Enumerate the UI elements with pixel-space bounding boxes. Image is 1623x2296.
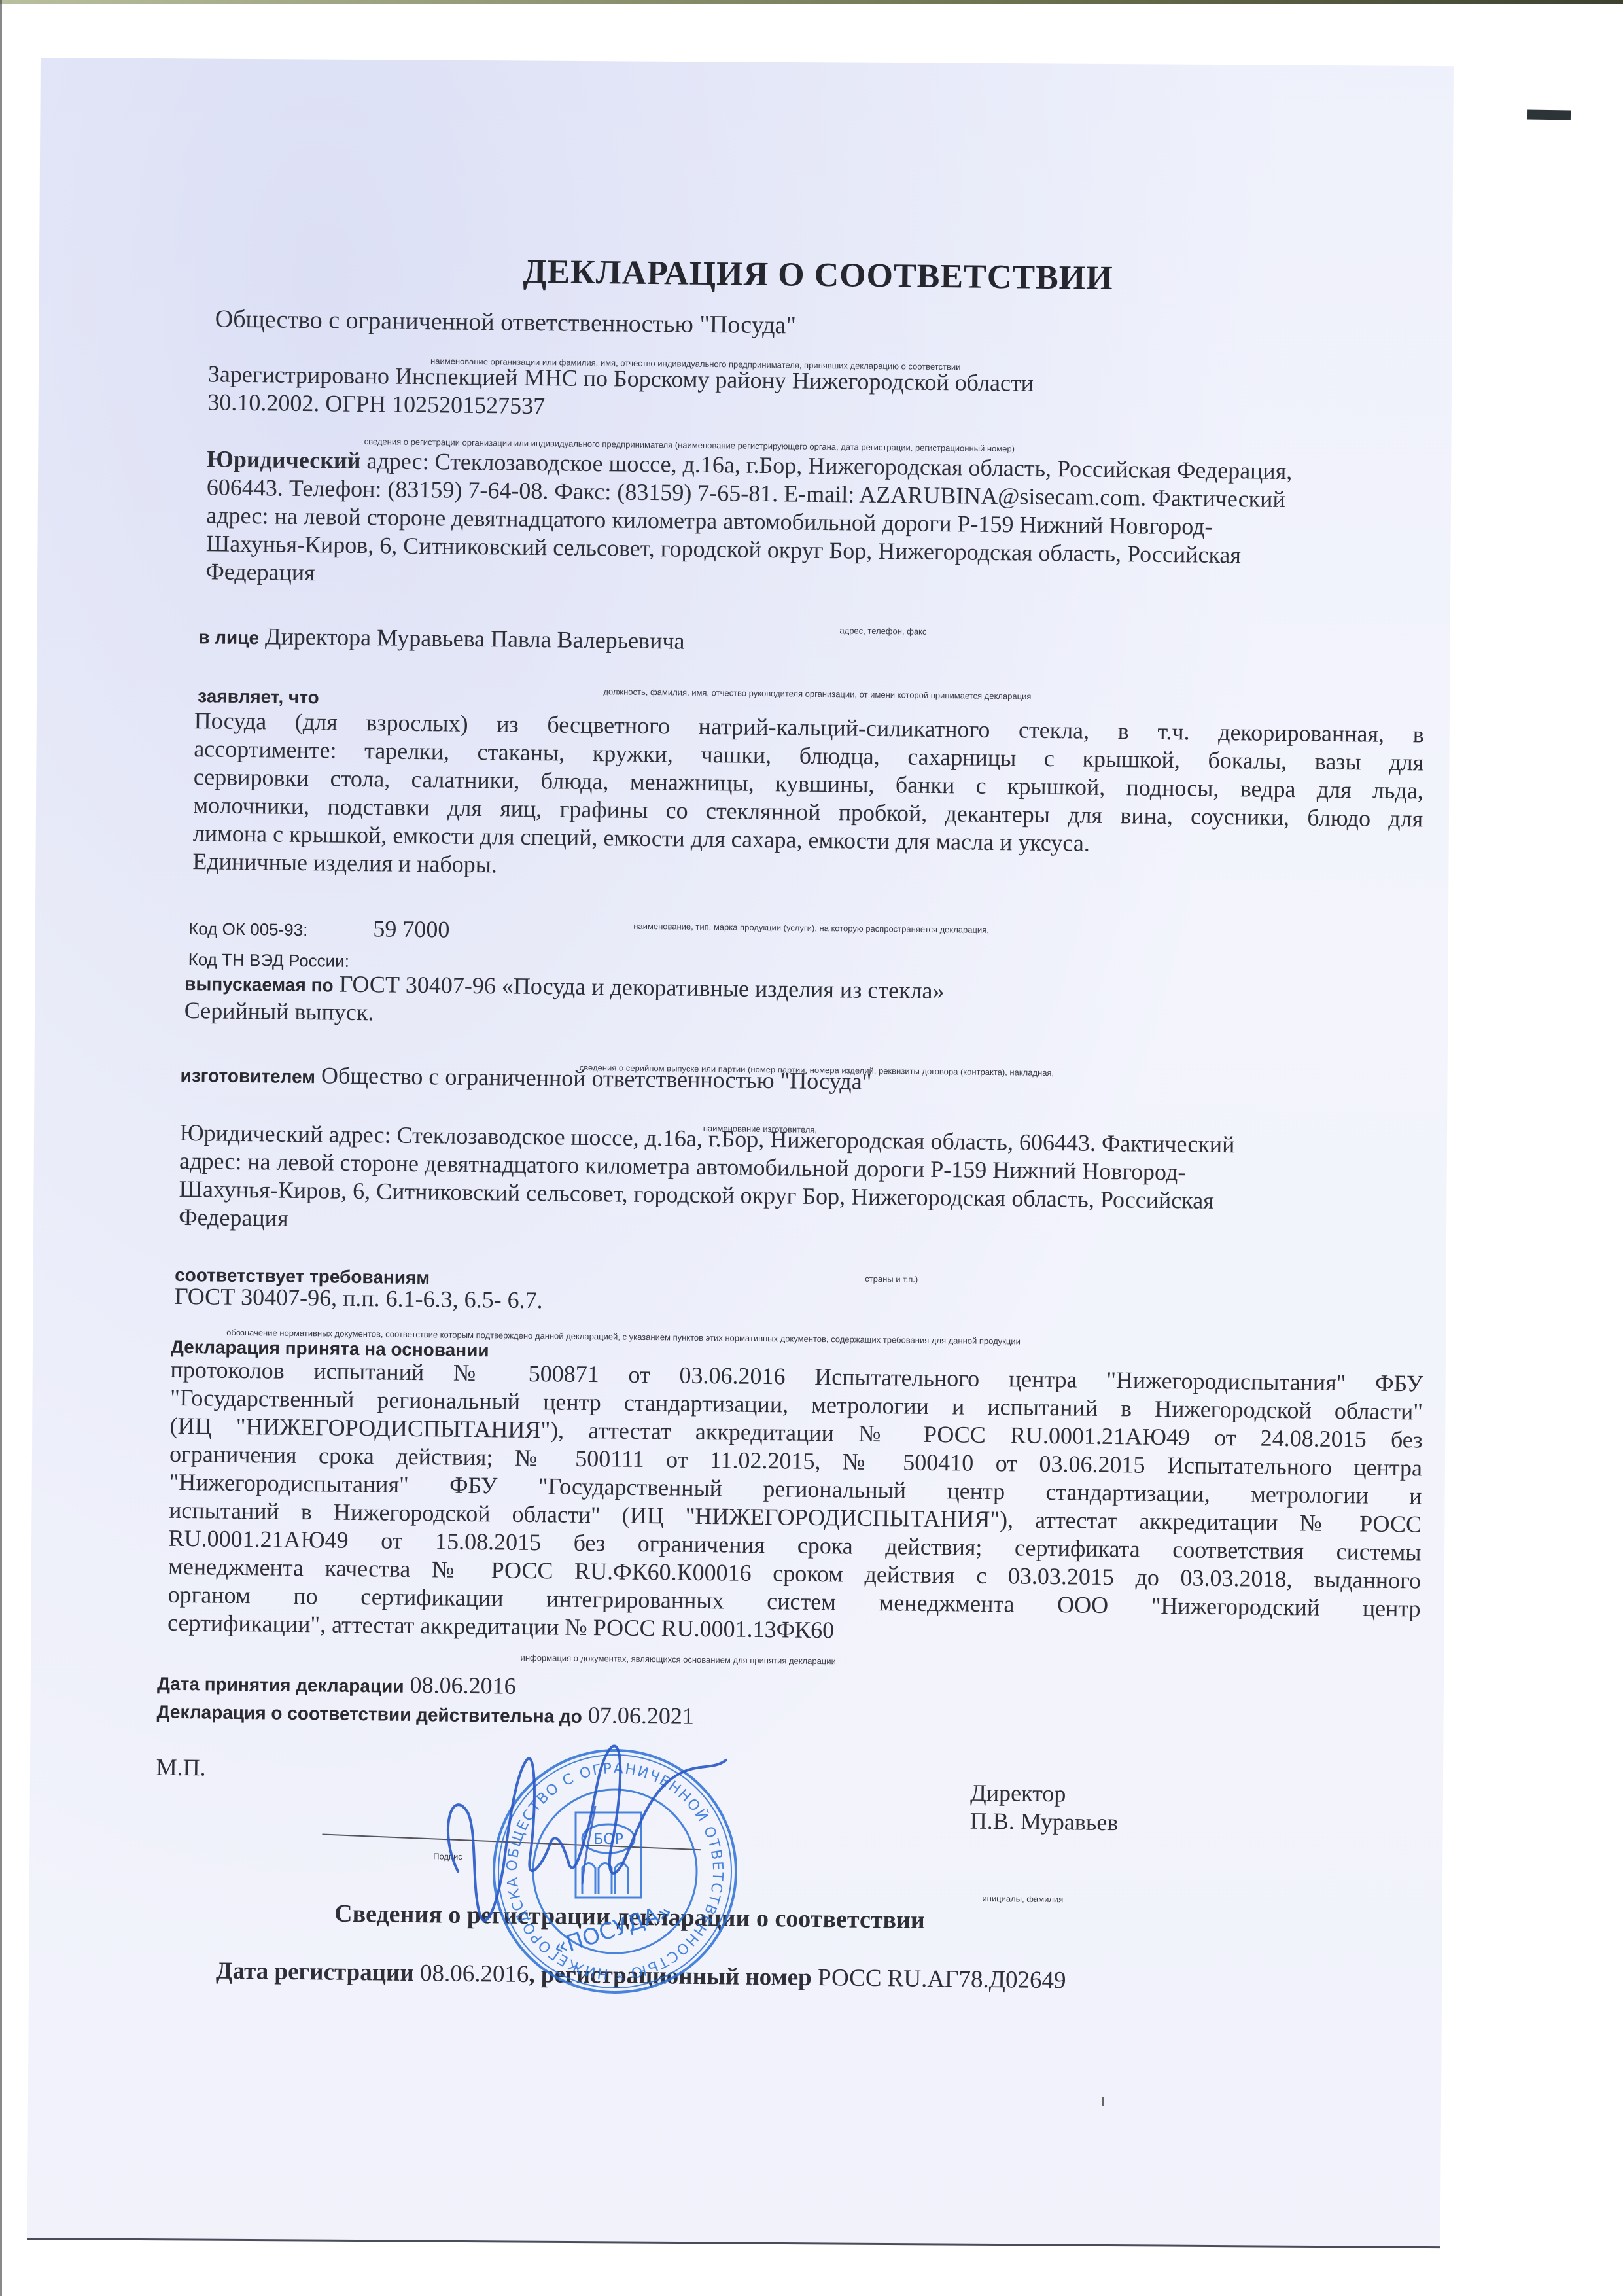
signatory-position: Директор	[970, 1779, 1066, 1808]
declares-label: заявляет, что	[198, 686, 319, 707]
seal-place-mp: М.П.	[156, 1754, 205, 1782]
compliance-value: ГОСТ 30407-96, п.п. 6.1-6.3, 6.5- 6.7.	[175, 1282, 543, 1314]
scan-left-edge	[0, 0, 2, 2296]
ok-code-value: 59 7000	[373, 915, 449, 942]
registration-number-value: РОСС RU.АГ78.Д02649	[818, 1964, 1066, 1994]
ok-code-line: Код ОК 005-93:59 7000	[188, 913, 450, 944]
signature-scribble-icon	[432, 1734, 739, 1950]
declares-label-line: заявляет, что	[198, 680, 319, 709]
produced-label: выпускаемая по	[184, 974, 334, 996]
accepted-date-label: Дата принятия декларации	[157, 1674, 404, 1697]
accepted-date-line: Дата принятия декларации 08.06.2016	[157, 1669, 516, 1700]
tnved-code-label: Код ТН ВЭД России:	[188, 949, 350, 971]
caption-address: адрес, телефон, факс	[839, 626, 926, 637]
stray-mark	[1102, 2097, 1104, 2106]
accepted-date-value: 08.06.2016	[410, 1672, 515, 1699]
registration-line-2: 30.10.2002. ОГРН 1025201527537	[207, 388, 545, 419]
caption-country: страны и т.п.)	[865, 1274, 918, 1284]
address-line-5: Федерация	[205, 557, 315, 586]
manufacturer-label: изготовителем	[180, 1065, 315, 1087]
signatory-name: П.В. Муравьев	[970, 1807, 1119, 1837]
representative-label: в лице	[198, 627, 259, 648]
basis-text: протоколов испытаний № 500871 от 03.06.2…	[167, 1356, 1423, 1651]
valid-until-label: Декларация о соответствии действительна …	[156, 1702, 582, 1727]
representative-value: Директора Муравьева Павла Валерьевича	[265, 623, 685, 654]
registration-date-label: Дата регистрации	[216, 1958, 414, 1987]
caption-initials: инициалы, фамилия	[982, 1894, 1063, 1904]
page-bottom-edge	[27, 2238, 1440, 2248]
representative-line: в лице Директора Муравьева Павла Валерье…	[198, 622, 685, 654]
scan-top-edge	[0, 0, 1623, 4]
document-title: ДЕКЛАРАЦИЯ О СООТВЕТСТВИИ	[523, 253, 1113, 298]
ok-code-label: Код ОК 005-93:	[188, 919, 308, 940]
valid-until-value: 07.06.2021	[588, 1702, 694, 1729]
serial-release: Серийный выпуск.	[184, 997, 374, 1026]
address-label: Юридический	[207, 446, 361, 474]
corner-registration-mark	[1527, 110, 1571, 120]
product-description: Посуда (для взрослых) из бесцветного нат…	[192, 707, 1424, 889]
manufacturer-address-line: Федерация	[179, 1203, 288, 1232]
manufacturer-name: Общество с ограниченной ответственностью…	[321, 1062, 872, 1095]
